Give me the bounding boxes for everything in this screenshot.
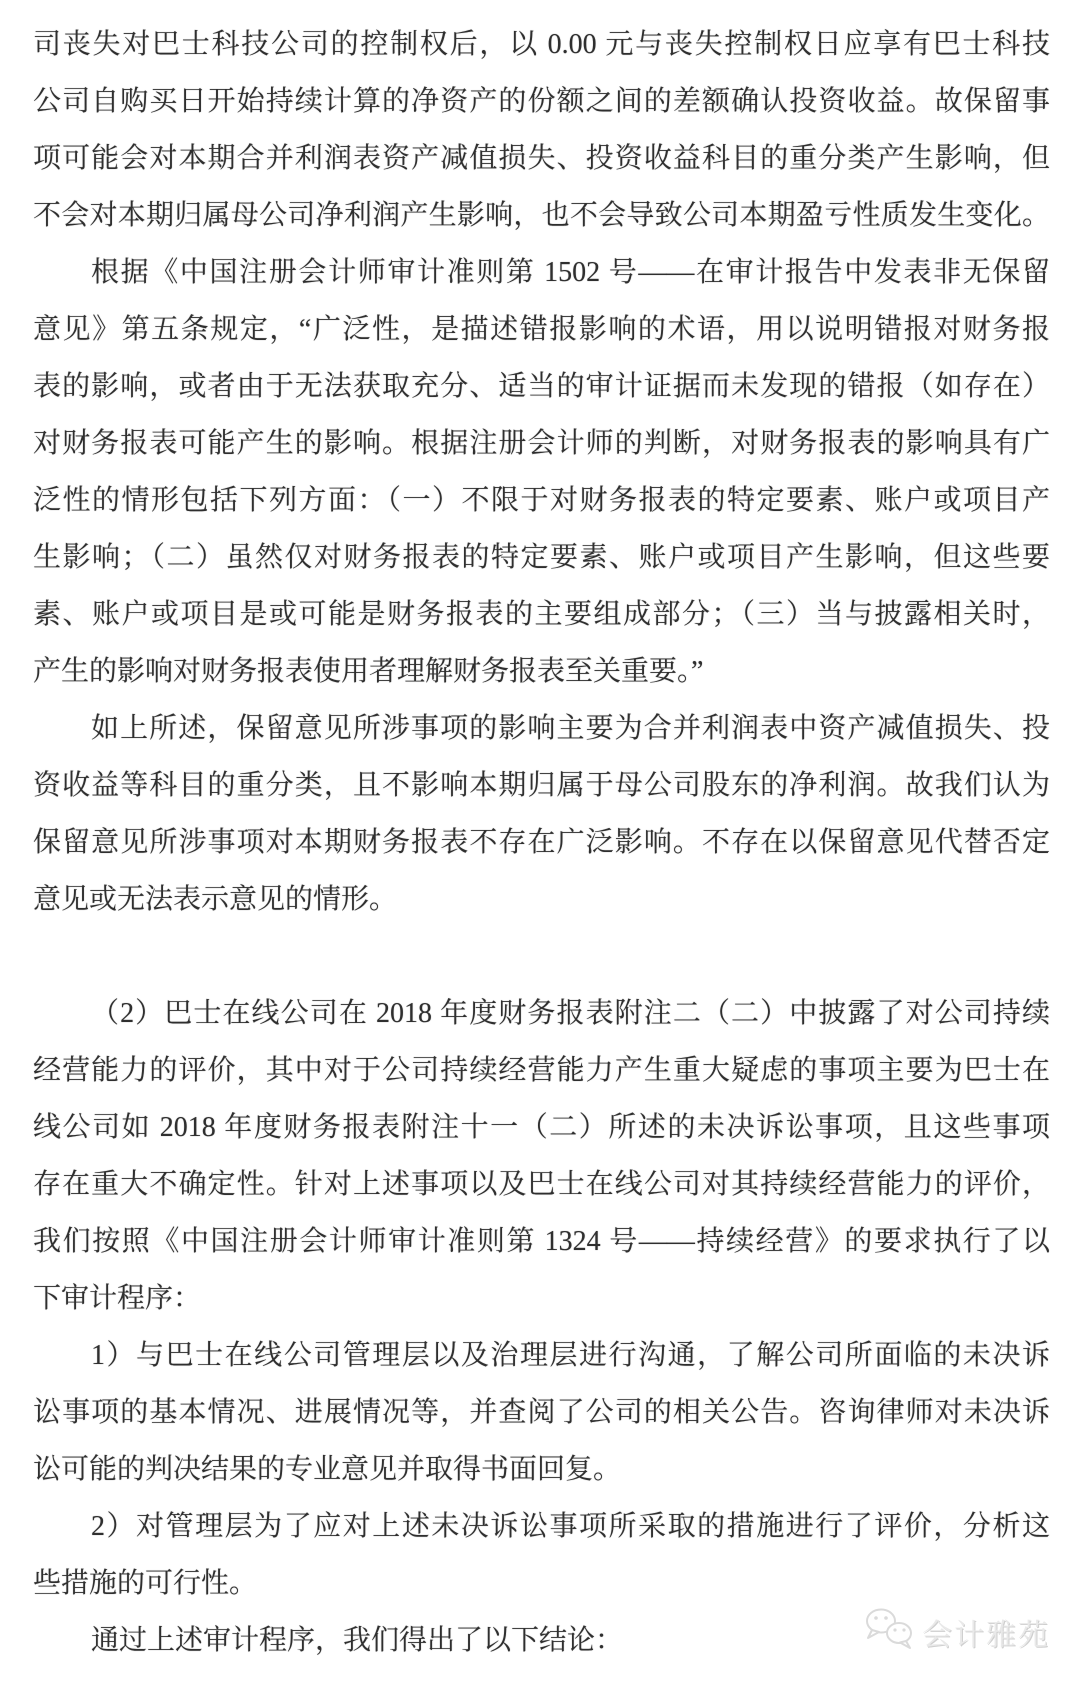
text-line: 项可能会对本期合并利润表资产减值损失、投资收益科目的重分类产生影响，但 bbox=[33, 130, 1050, 187]
text-line: 下审计程序： bbox=[33, 1270, 1050, 1327]
text-line: 如上所述，保留意见所涉事项的影响主要为合并利润表中资产减值损失、投 bbox=[33, 700, 1050, 757]
text-line: 经营能力的评价，其中对于公司持续经营能力产生重大疑虑的事项主要为巴士在 bbox=[33, 1042, 1050, 1099]
document-page: 司丧失对巴士科技公司的控制权后，以 0.00 元与丧失控制权日应享有巴士科技 公… bbox=[0, 0, 1080, 1681]
text-line: 表的影响，或者由于无法获取充分、适当的审计证据而未发现的错报（如存在） bbox=[33, 358, 1050, 415]
text-line: 对财务报表可能产生的影响。根据注册会计师的判断，对财务报表的影响具有广 bbox=[33, 415, 1050, 472]
text-line: 存在重大不确定性。针对上述事项以及巴士在线公司对其持续经营能力的评价， bbox=[33, 1156, 1050, 1213]
text-line: 意见》第五条规定，“广泛性，是描述错报影响的术语，用以说明错报对财务报 bbox=[33, 301, 1050, 358]
document-text-block: 司丧失对巴士科技公司的控制权后，以 0.00 元与丧失控制权日应享有巴士科技 公… bbox=[33, 16, 1050, 1669]
text-line: 讼事项的基本情况、进展情况等，并查阅了公司的相关公告。咨询律师对未决诉 bbox=[33, 1384, 1050, 1441]
text-line: 司丧失对巴士科技公司的控制权后，以 0.00 元与丧失控制权日应享有巴士科技 bbox=[33, 16, 1050, 73]
text-line: 泛性的情形包括下列方面：（一）不限于对财务报表的特定要素、账户或项目产 bbox=[33, 472, 1050, 529]
text-line: 些措施的可行性。 bbox=[33, 1555, 1050, 1612]
text-line: 生影响；（二）虽然仅对财务报表的特定要素、账户或项目产生影响，但这些要 bbox=[33, 529, 1050, 586]
watermark-label: 会计雅苑 bbox=[922, 1610, 1050, 1654]
text-line: 素、账户或项目是或可能是财务报表的主要组成部分；（三）当与披露相关时， bbox=[33, 586, 1050, 643]
wechat-icon bbox=[863, 1606, 917, 1657]
text-line: 我们按照《中国注册会计师审计准则第 1324 号——持续经营》的要求执行了以 bbox=[33, 1213, 1050, 1270]
text-line: 2）对管理层为了应对上述未决诉讼事项所采取的措施进行了评价，分析这 bbox=[33, 1498, 1050, 1555]
text-line: 公司自购买日开始持续计算的净资产的份额之间的差额确认投资收益。故保留事 bbox=[33, 73, 1050, 130]
text-line: 根据《中国注册会计师审计准则第 1502 号——在审计报告中发表非无保留 bbox=[33, 244, 1050, 301]
watermark: 会计雅苑 bbox=[863, 1606, 1050, 1657]
text-line: 意见或无法表示意见的情形。 bbox=[33, 871, 1050, 928]
text-line: 不会对本期归属母公司净利润产生影响，也不会导致公司本期盈亏性质发生变化。 bbox=[33, 187, 1050, 244]
text-line: 保留意见所涉事项对本期财务报表不存在广泛影响。不存在以保留意见代替否定 bbox=[33, 814, 1050, 871]
text-line: 1）与巴士在线公司管理层以及治理层进行沟通，了解公司所面临的未决诉 bbox=[33, 1327, 1050, 1384]
text-line: （2）巴士在线公司在 2018 年度财务报表附注二（二）中披露了对公司持续 bbox=[33, 985, 1050, 1042]
text-line: 讼可能的判决结果的专业意见并取得书面回复。 bbox=[33, 1441, 1050, 1498]
paragraph-gap bbox=[33, 928, 1050, 985]
text-line: 线公司如 2018 年度财务报表附注十一（二）所述的未决诉讼事项，且这些事项 bbox=[33, 1099, 1050, 1156]
text-line: 产生的影响对财务报表使用者理解财务报表至关重要。” bbox=[33, 643, 1050, 700]
text-line: 资收益等科目的重分类，且不影响本期归属于母公司股东的净利润。故我们认为 bbox=[33, 757, 1050, 814]
